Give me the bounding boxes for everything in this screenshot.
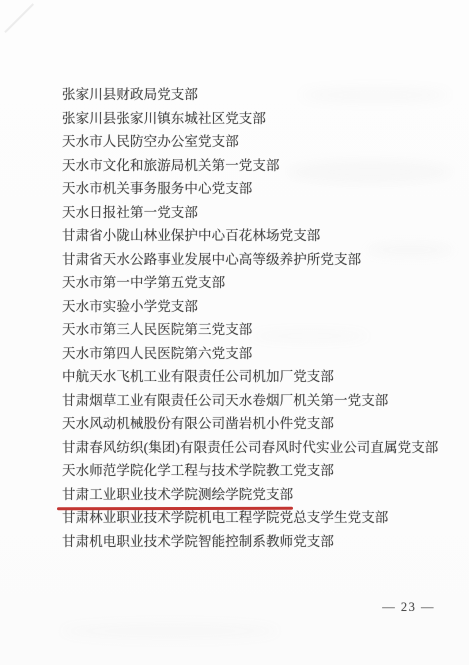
list-item: 天水市第四人民医院第六党支部 (62, 342, 442, 366)
list-item: 天水市机关事务服务中心党支部 (62, 177, 442, 201)
scanned-page: 张家川县财政局党支部张家川县张家川镇东城社区党支部天水市人民防空办公室党支部天水… (0, 0, 469, 665)
list-item: 天水市第一中学第五党支部 (62, 271, 442, 295)
list-item: 甘肃春风纺织(集团)有限责任公司春风时代实业公司直属党支部 (62, 436, 442, 460)
list-item: 张家川县张家川镇东城社区党支部 (62, 107, 442, 131)
branch-list: 张家川县财政局党支部张家川县张家川镇东城社区党支部天水市人民防空办公室党支部天水… (62, 83, 442, 553)
scan-artifact-corner (0, 0, 34, 33)
page-number: — 23 — (382, 600, 435, 615)
list-item: 天水日报社第一党支部 (62, 201, 442, 225)
list-item: 天水市人民防空办公室党支部 (62, 130, 442, 154)
scan-smudge (60, 622, 280, 640)
list-item: 甘肃机电职业技术学院智能控制系教师党支部 (62, 530, 442, 554)
list-item: 甘肃省小陇山林业保护中心百花林场党支部 (62, 224, 442, 248)
list-item: 甘肃烟草工业有限责任公司天水卷烟厂机关第一党支部 (62, 389, 442, 413)
list-item: 天水市第三人民医院第三党支部 (62, 318, 442, 342)
list-item: 张家川县财政局党支部 (62, 83, 442, 107)
list-item: 甘肃省天水公路事业发展中心高等级养护所党支部 (62, 248, 442, 272)
list-item: 中航天水飞机工业有限责任公司机加厂党支部 (62, 365, 442, 389)
list-item-underlined: 甘肃工业职业技术学院测绘学院党支部 (62, 483, 442, 507)
list-item: 天水市文化和旅游局机关第一党支部 (62, 154, 442, 178)
list-item: 天水师范学院化学工程与技术学院教工党支部 (62, 459, 442, 483)
list-item: 天水风动机械股份有限公司凿岩机小件党支部 (62, 412, 442, 436)
list-item: 天水市实验小学党支部 (62, 295, 442, 319)
